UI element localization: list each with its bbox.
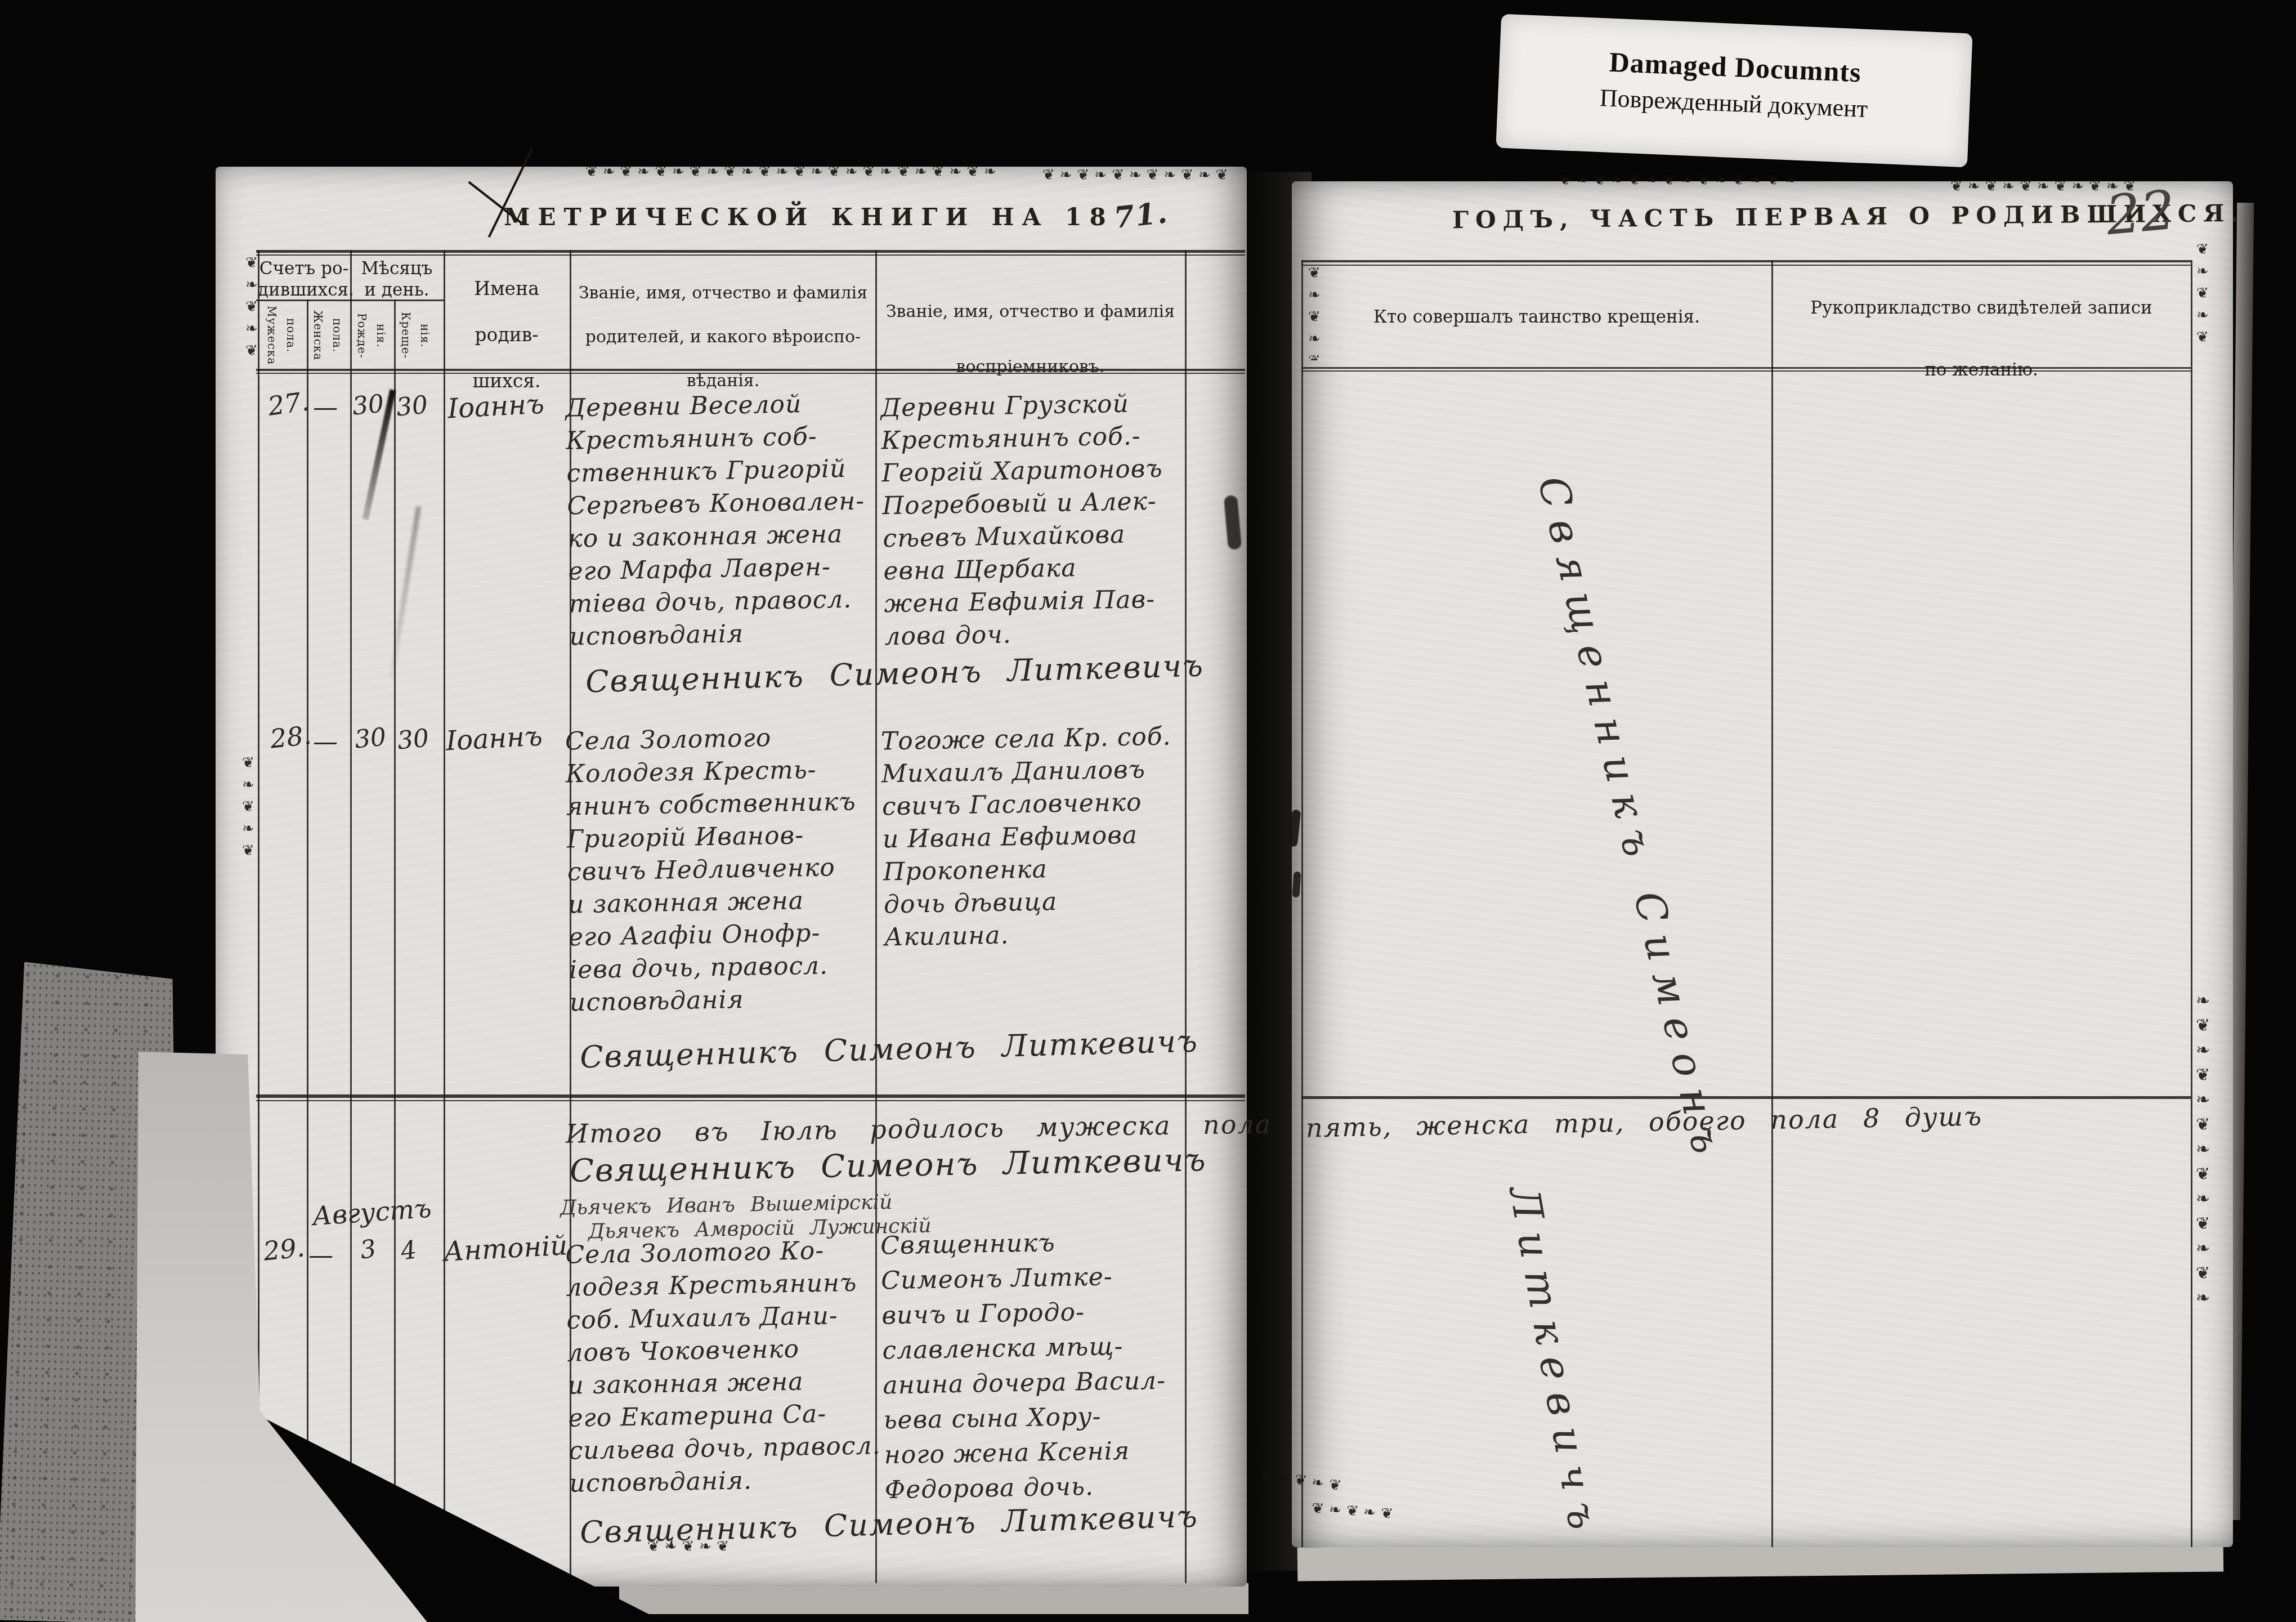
hw-line: тіева дочь, правосл. xyxy=(569,583,867,620)
table-column-line xyxy=(2191,260,2192,1547)
hw-line: и законная жена xyxy=(567,1364,880,1402)
column-header-count-group: Счетъ ро- дившихся. xyxy=(258,258,350,301)
hw-line: Крестьянинъ соб.- xyxy=(881,420,1162,458)
table-column-line xyxy=(444,250,445,1583)
header-line: воспріемниковъ. xyxy=(877,339,1184,395)
left-page-title-text: МЕТРИЧЕСКОЙ КНИГИ НА 18 xyxy=(504,203,1114,231)
row-27-parents: Деревни Веселой Крестьянинъ соб- ственни… xyxy=(565,387,867,653)
header-line: Рукоприкладство свидѣтелей записи xyxy=(1773,277,2190,339)
row-27-godparents: Деревни Грузской Крестьянинъ соб.- Георг… xyxy=(880,387,1166,654)
header-line: родителей, и какого вѣроиспо- xyxy=(572,315,874,359)
left-page-title: МЕТРИЧЕСКОЙ КНИГИ НА 1871. xyxy=(504,198,1168,233)
hw-line: дочь дѣвица xyxy=(884,883,1175,921)
hw-line: его Екатерина Са- xyxy=(568,1397,880,1435)
hw-line: лодезя Крестьянинъ xyxy=(566,1266,878,1304)
lace-border-ornament: ❦❧❦❧❦❧❦❧❦❧❦❧❦❧❦❧❦❧❦❧❦❧❦❧ xyxy=(1559,172,1796,192)
hw-line: его Марфа Лаврен- xyxy=(568,550,866,588)
damaged-label: Damaged Documnts Поврежденный документ xyxy=(1496,14,1972,168)
column-header-female: Женска пола. xyxy=(308,304,349,367)
hw-line: Григорій Иванов- xyxy=(567,819,857,856)
table-rule xyxy=(1301,1096,2191,1099)
hw-line: лова доч. xyxy=(884,616,1166,654)
row-29-female-mark: — xyxy=(308,1241,333,1270)
hw-line: евна Щербака xyxy=(883,551,1165,588)
hw-line: Тогоже села Кр. соб. xyxy=(880,721,1171,758)
row-28-name: Іоаннъ xyxy=(445,721,543,757)
hw-line: іева дочь, правосл. xyxy=(569,949,860,986)
row-29-number: 29. xyxy=(262,1232,306,1266)
row-28-female-mark: — xyxy=(313,727,338,756)
column-header-male: Мужеска пола. xyxy=(262,304,306,367)
hw-line: исповѣданія xyxy=(570,981,860,1019)
column-header-names: Имена родив- шихся. xyxy=(445,266,569,404)
hw-line: Колодезя Кресть- xyxy=(565,753,856,791)
hw-line: янинъ собственникъ xyxy=(566,786,857,824)
header-line: Имена xyxy=(445,266,569,312)
row-27-female-mark: — xyxy=(313,393,338,422)
hw-line: соб. Михаилъ Дани- xyxy=(566,1299,879,1337)
hw-line: сильева дочь, правосл. xyxy=(569,1429,881,1468)
row-28-number: 28. xyxy=(268,720,312,754)
table-rule xyxy=(256,254,1245,256)
table-rule xyxy=(1301,265,2191,266)
row-29-name: Антоній xyxy=(443,1230,569,1267)
table-column-line xyxy=(1185,250,1187,1583)
hw-line: свичъ Гасловченко xyxy=(882,786,1173,824)
hw-line: Села Золотого xyxy=(565,721,855,758)
header-line: родив- xyxy=(445,312,569,358)
hw-line: ловъ Чоковченко xyxy=(567,1331,879,1370)
table-column-line xyxy=(1301,260,1303,1547)
hw-line: свичъ Недливченко xyxy=(567,851,858,889)
header-line: Званіе, имя, отчество и фамилія xyxy=(572,271,874,315)
hw-line: Деревни Веселой xyxy=(565,387,863,425)
row-28-baptism-day: 30 xyxy=(396,723,430,756)
hw-line: Сергѣевъ Коновален- xyxy=(567,485,865,522)
hw-line: Прокопенка xyxy=(883,851,1174,888)
hw-line: сѣевъ Михайкова xyxy=(883,518,1164,556)
column-header-godparents: Званіе, имя, отчество и фамилія воспріем… xyxy=(877,284,1184,395)
hw-line: жена Евфимія Пав- xyxy=(884,583,1165,621)
hw-line: Села Золотого Ко- xyxy=(565,1234,878,1272)
table-rule xyxy=(256,1100,1245,1101)
table-column-line xyxy=(350,250,352,1583)
column-header-birth: Рожде- нія. xyxy=(352,304,393,367)
row-29-godparents: Священникъ Симеонъ Литке- вичъ и Городо-… xyxy=(880,1224,1168,1508)
hw-line: ного жена Ксенія xyxy=(884,1433,1167,1473)
hw-line: Георгій Харитоновъ xyxy=(881,453,1163,490)
hw-line: Погребовый и Алек- xyxy=(882,485,1163,523)
hw-line: и законная жена xyxy=(568,884,858,922)
table-column-line xyxy=(307,300,308,1583)
hw-line: Деревни Грузской xyxy=(880,387,1162,425)
page-number: 22 xyxy=(2103,178,2177,247)
hw-line: Священникъ xyxy=(880,1224,1163,1264)
hw-line: исповѣданія. xyxy=(569,1462,881,1500)
hw-line: его Агафіи Онофр- xyxy=(569,916,859,954)
hw-line: ко и законная жена xyxy=(567,517,866,555)
hw-line: ственникъ Григорій xyxy=(566,452,865,490)
edge-floral-ornament: ❧❦❧❦❧❦❧❦❧❦❧❦❧ xyxy=(2193,991,2213,1486)
table-column-line xyxy=(394,300,396,1583)
left-page-bottom-edge xyxy=(619,1583,1248,1614)
hw-line: славленска мѣщ- xyxy=(882,1329,1165,1369)
row-27-birth-day: 30 xyxy=(351,389,385,421)
column-header-officiant: Кто совершалъ таинство крещенія. xyxy=(1303,307,1770,327)
edge-floral-ornament: ❦❧❦❧❦ xyxy=(240,754,257,856)
header-line: по желанію. xyxy=(1773,339,2190,401)
table-rule xyxy=(256,250,1245,253)
column-header-parents: Званіе, имя, отчество и фамилія родителе… xyxy=(572,271,874,403)
row-28-parents: Села Золотого Колодезя Кресть- янинъ соб… xyxy=(565,721,860,1020)
row-27-number: 27. xyxy=(266,386,311,422)
row-27-name: Іоаннъ xyxy=(447,388,545,425)
hw-line: анина дочера Васил- xyxy=(883,1364,1166,1404)
corner-floral-ornament: ❦❧❦❧❦ xyxy=(2194,241,2211,342)
column-header-date-group: Мѣсяцъ и день. xyxy=(350,258,444,301)
table-rule xyxy=(1301,260,2191,262)
row-29-parents: Села Золотого Ко- лодезя Крестьянинъ соб… xyxy=(565,1234,881,1500)
lace-border-ornament: ❦❧❦❧❦❧❦❧❦❧❦❧❦❧❦❧❦❧❦❧❦❧❦❧ xyxy=(585,163,1002,185)
header-line: Званіе, имя, отчество и фамилія xyxy=(877,284,1184,339)
hw-line: Акилина. xyxy=(884,916,1175,954)
hw-line: ьева сына Хору- xyxy=(883,1398,1166,1438)
column-header-baptism: Креще- нія. xyxy=(396,304,441,367)
handwritten-year: 71. xyxy=(1112,195,1170,235)
row-28-godparents: Тогоже села Кр. соб. Михаилъ Даниловъ св… xyxy=(880,721,1175,954)
column-header-witnesses: Рукоприкладство свидѣтелей записи по жел… xyxy=(1773,277,2190,401)
table-rule xyxy=(256,1094,1245,1098)
hw-line: Михаилъ Даниловъ xyxy=(881,753,1172,791)
lace-border-ornament: ❦❧❦❧❦❧❦❧❦❧❦❧❦❧❦❧❦❧❦❧❦❧❦❧ xyxy=(1042,167,1228,187)
hw-line: Симеонъ Литке- xyxy=(881,1259,1164,1299)
hw-line: исповѣданія xyxy=(569,615,867,653)
hw-line: вичъ и Городо- xyxy=(881,1294,1165,1334)
hw-line: Крестьянинъ соб- xyxy=(566,419,864,457)
table-column-line xyxy=(1771,260,1773,1547)
hw-line: и Ивана Евфимова xyxy=(883,819,1174,856)
row-27-baptism-day: 30 xyxy=(395,390,429,422)
row-28-birth-day: 30 xyxy=(353,722,387,754)
